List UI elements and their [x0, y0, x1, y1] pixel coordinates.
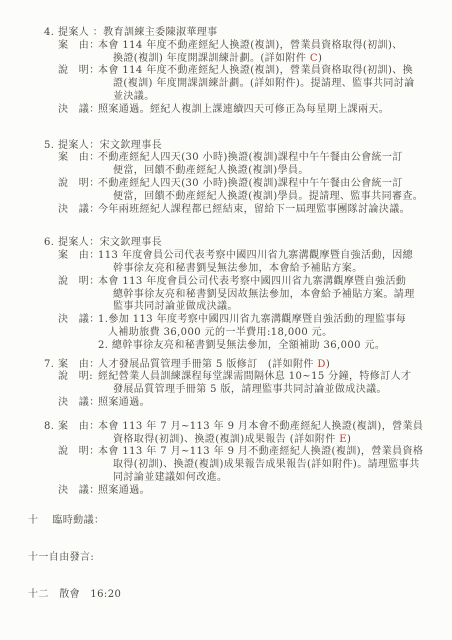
document-page: 4.提案人 ：教育訓練主委陳淑華理事案 由：本會 114 年度不動產經紀人換證(…: [0, 0, 452, 640]
clause-line: 幹事徐友亮和秘書劉旻無法參加，本會給予補貼方案。: [98, 263, 446, 276]
clause-text: 監事共同討論並做成決議。: [113, 301, 238, 312]
clause-text: 本會 114 年度不動產經紀人換證(複訓)，營業員資格取得(初訓)、: [98, 40, 403, 51]
clause-text: 不動產經紀人四天(30 小時)換證(複訓)課程中午午餐由公會統一訂: [98, 178, 403, 189]
clause-text: 113 年度會員公司代表考察中國四川省九寨溝觀摩暨自強活動，因總: [98, 250, 413, 261]
clause-line: 總幹事徐友亮和秘書劉旻因故無法參加，本會給予補貼方案。請理: [98, 289, 446, 302]
clause-row: 8.案 由：本會 113 年 7 月~113 年 9 月本會不動產經紀人換證(複…: [44, 421, 446, 447]
proposal-item: 6.提案人：宋文欽理事長案 由：113 年度會員公司代表考察中國四川省九寨溝觀摩…: [44, 237, 446, 352]
clause-row: 決 議：照案通過。: [44, 485, 446, 498]
clause-label: 說 明：: [58, 276, 98, 314]
clause-body: 照案通過。: [98, 397, 446, 410]
item-number: [44, 65, 58, 103]
proposal-header-text: 提案人 ：教育訓練主委陳淑華理事: [58, 27, 218, 40]
agenda-line: 十一自由發言:: [28, 552, 452, 565]
clause-line: 本會 113 年度會員公司代表考察中國四川省九寨溝觀摩暨自強活動: [98, 276, 446, 289]
agenda-footer: 十 臨時動議：十一自由發言:十二 散會 16:20: [0, 515, 452, 602]
item-number: 4.: [44, 27, 58, 40]
clause-label: 說 明：: [58, 178, 98, 204]
clause-line: 2. 總幹事徐友亮和秘書劉旻無法參加，全額補助 36,000 元。: [98, 340, 446, 353]
clause-label: 決 議：: [58, 397, 98, 410]
clause-line: 照案通過。經紀人複訓上課連續四天可修正為每星期上課兩天。: [98, 104, 446, 117]
clause-body: 人才發展品質管理手冊第 5 版修訂 (詳如附件 D): [98, 359, 446, 372]
item-number: 8.: [44, 421, 58, 447]
clause-text: 經紀營業人員訓練課程每堂課需間隔休息 10~15 分鐘，特修訂人才: [98, 371, 411, 382]
clause-label: 說 明：: [58, 446, 98, 484]
clause-line: 113 年度會員公司代表考察中國四川省九寨溝觀摩暨自強活動，因總: [98, 250, 446, 263]
clause-text: 並決議。: [113, 91, 155, 102]
clause-line: 換證(複訓) 年度開課訓練計劃。(詳如附件 C): [98, 53, 446, 66]
proposal-header: 6.提案人：宋文欽理事長: [44, 237, 446, 250]
clause-label: 說 明:: [58, 371, 98, 397]
clause-text: ): [326, 359, 330, 370]
clause-body: 今年兩班經紀人課程都已經結束，留給下一屆理監事團隊討論決議。: [98, 204, 446, 217]
clause-line: 1.參加 113 年度考察中國四川省九寨溝觀摩暨自強活動的理監事每: [98, 314, 446, 327]
clause-line: 便當，回饋不動產經紀人換證(複訓)學員。: [98, 165, 446, 178]
clause-text: 照案通過。: [98, 397, 150, 408]
item-number: [44, 204, 58, 217]
attachment-ref: C: [310, 53, 318, 64]
clause-text: 同討論並建議如何改進。: [113, 472, 227, 483]
clause-body: 本會 113 年度會員公司代表考察中國四川省九寨溝觀摩暨自強活動總幹事徐友亮和秘…: [98, 276, 446, 314]
proposal-header-text: 提案人：宋文欽理事長: [58, 140, 162, 153]
clause-line: 同討論並建議如何改進。: [98, 472, 446, 485]
clause-text: 照案通過。經紀人複訓上課連續四天可修正為每星期上課兩天。: [98, 104, 389, 115]
item-number: 7.: [44, 359, 58, 372]
clause-label: 案 由：: [58, 359, 98, 372]
clause-text: 發展品質管理手冊第 5 版，請理監事共同討論並做成決議。: [113, 384, 387, 395]
clause-line: 資格取得(初訓)、換證(複訓)成果報告 (詳如附件 E): [98, 434, 446, 447]
clause-body: 本會 114 年度不動產經紀人換證(複訓)，營業員資格取得(初訓)、換證(複訓)…: [98, 65, 446, 103]
clause-text: ): [318, 53, 322, 64]
clause-text: 本會 113 年 7 月~113 年 9 月不動產經紀人換證(複訓)，營業員資格: [98, 446, 423, 457]
clause-line: 照案通過。: [98, 485, 446, 498]
proposal-header-text: 提案人：宋文欽理事長: [58, 237, 162, 250]
clause-text: 今年兩班經紀人課程都已經結束，留給下一屆理監事團隊討論決議。: [98, 204, 410, 215]
proposal-header: 4.提案人 ：教育訓練主委陳淑華理事: [44, 27, 446, 40]
item-number: [44, 446, 58, 484]
clause-row: 案 由：本會 114 年度不動產經紀人換證(複訓)，營業員資格取得(初訓)、換證…: [44, 40, 446, 66]
clause-text: 便當，回饋不動產經紀人換證(複訓)學員。提請理、監事共同審查。: [113, 191, 423, 202]
clause-body: 不動產經紀人四天(30 小時)換證(複訓)課程中午午餐由公會統一訂便當，回饋不動…: [98, 152, 446, 178]
clause-line: 本會 114 年度不動產經紀人換證(複訓)，營業員資格取得(初訓)、: [98, 40, 446, 53]
clause-body: 照案通過。: [98, 485, 446, 498]
clause-line: 本會 113 年 7 月~113 年 9 月本會不動產經紀人換證(複訓)，營業員: [98, 421, 446, 434]
item-number: [44, 40, 58, 66]
item-number: [44, 485, 58, 498]
proposal-item: 5.提案人：宋文欽理事長案 由：不動產經紀人四天(30 小時)換證(複訓)課程中…: [44, 140, 446, 217]
clause-row: 決 議：照案通過。經紀人複訓上課連續四天可修正為每星期上課兩天。: [44, 104, 446, 117]
clause-text: 人才發展品質管理手冊第 5 版修訂 (詳如附件: [98, 359, 317, 370]
clause-body: 113 年度會員公司代表考察中國四川省九寨溝觀摩暨自強活動，因總幹事徐友亮和秘書…: [98, 250, 446, 276]
clause-body: 1.參加 113 年度考察中國四川省九寨溝觀摩暨自強活動的理監事每人補助旅費 3…: [98, 314, 446, 352]
clause-text: 1.參加 113 年度考察中國四川省九寨溝觀摩暨自強活動的理監事每: [98, 314, 406, 325]
clause-row: 說 明：不動產經紀人四天(30 小時)換證(複訓)課程中午午餐由公會統一訂便當，…: [44, 178, 446, 204]
clause-line: 今年兩班經紀人課程都已經結束，留給下一屆理監事團隊討論決議。: [98, 204, 446, 217]
agenda-line: 十 臨時動議：: [28, 515, 452, 528]
clause-line: 發展品質管理手冊第 5 版，請理監事共同討論並做成決議。: [98, 384, 446, 397]
attachment-ref: E: [339, 434, 347, 445]
clause-row: 說 明：本會 113 年 7 月~113 年 9 月不動產經紀人換證(複訓)，營…: [44, 446, 446, 484]
clause-row: 決 議：照案通過。: [44, 397, 446, 410]
clause-text: 幹事徐友亮和秘書劉旻無法參加，本會給予補貼方案。: [113, 263, 363, 274]
clause-line: 便當，回饋不動產經紀人換證(複訓)學員。提請理、監事共同審查。: [98, 191, 446, 204]
clause-text: 總幹事徐友亮和秘書劉旻因故無法參加，本會給予補貼方案。請理: [113, 289, 415, 300]
item-number: [44, 371, 58, 397]
clause-body: 經紀營業人員訓練課程每堂課需間隔休息 10~15 分鐘，特修訂人才發展品質管理手…: [98, 371, 446, 397]
clause-label: 決 議：: [58, 204, 98, 217]
clause-text: 本會 113 年 7 月~113 年 9 月本會不動產經紀人換證(複訓)，營業員: [98, 421, 423, 432]
clause-label: 案 由：: [58, 250, 98, 276]
item-number: [44, 397, 58, 410]
item-number: [44, 104, 58, 117]
clause-line: 人補助旅費 36,000 元的一半費用:18,000 元。: [98, 327, 446, 340]
clause-line: 不動產經紀人四天(30 小時)換證(複訓)課程中午午餐由公會統一訂: [98, 152, 446, 165]
clause-label: 案 由：: [58, 152, 98, 178]
proposal-items: 4.提案人 ：教育訓練主委陳淑華理事案 由：本會 114 年度不動產經紀人換證(…: [0, 0, 452, 498]
clause-text: 人補助旅費 36,000 元的一半費用:18,000 元。: [108, 327, 333, 338]
clause-label: 案 由：: [58, 421, 98, 447]
clause-body: 不動產經紀人四天(30 小時)換證(複訓)課程中午午餐由公會統一訂便當，回饋不動…: [98, 178, 446, 204]
clause-body: 本會 113 年 7 月~113 年 9 月不動產經紀人換證(複訓)，營業員資格…: [98, 446, 446, 484]
clause-line: 本會 113 年 7 月~113 年 9 月不動產經紀人換證(複訓)，營業員資格: [98, 446, 446, 459]
clause-label: 決 議：: [58, 104, 98, 117]
clause-text: 取得(初訓)、換證(複訓)成果報告成果報告(詳如附件)。請理監事共: [113, 459, 420, 470]
clause-body: 本會 113 年 7 月~113 年 9 月本會不動產經紀人換證(複訓)，營業員…: [98, 421, 446, 447]
clause-line: 不動產經紀人四天(30 小時)換證(複訓)課程中午午餐由公會統一訂: [98, 178, 446, 191]
proposal-item: 4.提案人 ：教育訓練主委陳淑華理事案 由：本會 114 年度不動產經紀人換證(…: [44, 27, 446, 117]
clause-line: 證(複訓) 年度開課訓練計劃。(詳如附件)。提請理、監事共同討論: [98, 78, 446, 91]
item-number: [44, 250, 58, 276]
clause-text: 資格取得(初訓)、換證(複訓)成果報告 (詳如附件: [113, 434, 339, 445]
proposal-header: 5.提案人：宋文欽理事長: [44, 140, 446, 153]
clause-line: 照案通過。: [98, 397, 446, 410]
item-number: [44, 178, 58, 204]
clause-row: 決 議：1.參加 113 年度考察中國四川省九寨溝觀摩暨自強活動的理監事每人補助…: [44, 314, 446, 352]
clause-text: ): [347, 434, 351, 445]
clause-row: 案 由：113 年度會員公司代表考察中國四川省九寨溝觀摩暨自強活動，因總幹事徐友…: [44, 250, 446, 276]
clause-row: 7.案 由：人才發展品質管理手冊第 5 版修訂 (詳如附件 D): [44, 359, 446, 372]
clause-line: 監事共同討論並做成決議。: [98, 301, 446, 314]
clause-label: 決 議：: [58, 485, 98, 498]
clause-row: 決 議：今年兩班經紀人課程都已經結束，留給下一屆理監事團隊討論決議。: [44, 204, 446, 217]
agenda-line: 十二 散會 16:20: [28, 589, 452, 602]
clause-row: 說 明:經紀營業人員訓練課程每堂課需間隔休息 10~15 分鐘，特修訂人才發展品…: [44, 371, 446, 397]
item-number: 5.: [44, 140, 58, 153]
clause-label: 說 明：: [58, 65, 98, 103]
clause-line: 本會 114 年度不動產經紀人換證(複訓)，營業員資格取得(初訓)、換: [98, 65, 446, 78]
proposal-item: 8.案 由：本會 113 年 7 月~113 年 9 月本會不動產經紀人換證(複…: [44, 421, 446, 498]
clause-row: 說 明：本會 113 年度會員公司代表考察中國四川省九寨溝觀摩暨自強活動總幹事徐…: [44, 276, 446, 314]
clause-label: 案 由：: [58, 40, 98, 66]
clause-row: 說 明：本會 114 年度不動產經紀人換證(複訓)，營業員資格取得(初訓)、換證…: [44, 65, 446, 103]
clause-row: 案 由：不動產經紀人四天(30 小時)換證(複訓)課程中午午餐由公會統一訂便當，…: [44, 152, 446, 178]
proposal-item: 7.案 由：人才發展品質管理手冊第 5 版修訂 (詳如附件 D)說 明:經紀營業…: [44, 359, 446, 410]
clause-text: 本會 114 年度不動產經紀人換證(複訓)，營業員資格取得(初訓)、換: [98, 65, 413, 76]
clause-body: 照案通過。經紀人複訓上課連續四天可修正為每星期上課兩天。: [98, 104, 446, 117]
clause-line: 並決議。: [98, 91, 446, 104]
clause-text: 2. 總幹事徐友亮和秘書劉旻無法參加，全額補助 36,000 元。: [98, 340, 385, 351]
item-number: [44, 314, 58, 352]
item-number: [44, 276, 58, 314]
item-number: [44, 152, 58, 178]
clause-text: 證(複訓) 年度開課訓練計劃。(詳如附件)。提請理、監事共同討論: [113, 78, 415, 89]
clause-text: 換證(複訓) 年度開課訓練計劃。(詳如附件: [113, 53, 310, 64]
clause-text: 照案通過。: [98, 485, 150, 496]
clause-label: 決 議：: [58, 314, 98, 352]
attachment-ref: D: [317, 359, 325, 370]
item-number: 6.: [44, 237, 58, 250]
clause-line: 經紀營業人員訓練課程每堂課需間隔休息 10~15 分鐘，特修訂人才: [98, 371, 446, 384]
clause-line: 人才發展品質管理手冊第 5 版修訂 (詳如附件 D): [98, 359, 446, 372]
clause-text: 不動產經紀人四天(30 小時)換證(複訓)課程中午午餐由公會統一訂: [98, 152, 403, 163]
clause-line: 取得(初訓)、換證(複訓)成果報告成果報告(詳如附件)。請理監事共: [98, 459, 446, 472]
clause-text: 便當，回饋不動產經紀人換證(複訓)學員。: [113, 165, 309, 176]
clause-body: 本會 114 年度不動產經紀人換證(複訓)，營業員資格取得(初訓)、換證(複訓)…: [98, 40, 446, 66]
clause-text: 本會 113 年度會員公司代表考察中國四川省九寨溝觀摩暨自強活動: [98, 276, 406, 287]
